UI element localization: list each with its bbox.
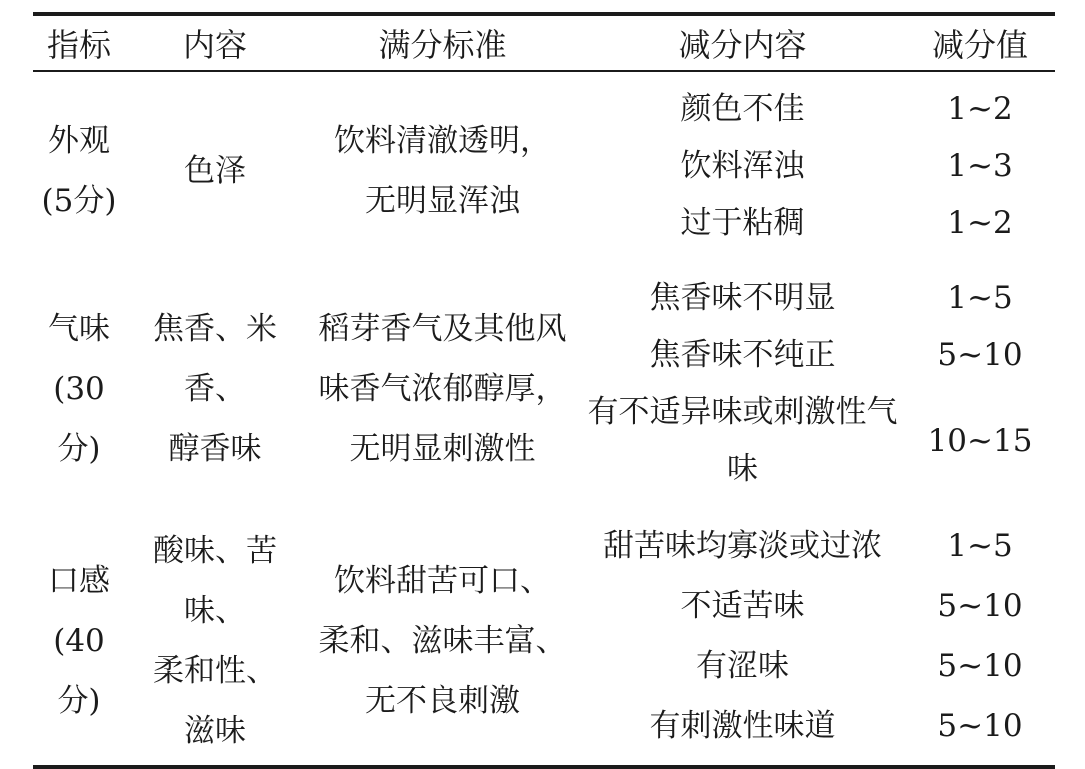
table-row: 气味 (30分) 焦香、米香、 醇香味 稻芽香气及其他风 味香气浓郁醇厚， 无明… (33, 261, 1055, 327)
deduction-item-cell: 饮料浑浊 (580, 138, 905, 195)
deduction-value-cell: 10~15 (905, 384, 1055, 507)
col-header-deduction-item: 减分内容 (580, 14, 905, 71)
content-cell: 焦香、米香、 醇香味 (125, 261, 305, 507)
standard-cell: 饮料清澈透明， 无明显浑浊 (305, 71, 580, 261)
standard-cell: 饮料甜苦可口、 柔和、滋味丰富、 无不良刺激 (305, 507, 580, 712)
deduction-value-cell: 1~5 (905, 507, 1055, 576)
col-header-deduction-value: 减分值 (905, 14, 1055, 71)
indicator-cell: 外观 (5分) (33, 71, 125, 261)
deduction-item-cell: 有涩味 (580, 636, 905, 696)
section-taste: 口感 (40分) 酸味、苦味、 柔和性、 滋味 饮料甜苦可口、 柔和、滋味丰富、… (33, 507, 1055, 712)
document-page: 指标 内容 满分标准 减分内容 减分值 外观 (5分) 色泽 饮料清澈透明， 无… (33, 12, 1055, 712)
deduction-item-cell: 有不适异味或刺激性气味 (580, 384, 905, 507)
deduction-value-cell: 5~10 (905, 696, 1055, 712)
deduction-value-cell: 5~10 (905, 636, 1055, 696)
section-appearance: 外观 (5分) 色泽 饮料清澈透明， 无明显浑浊 颜色不佳 1~2 饮料浑浊 1… (33, 71, 1055, 261)
standard-cell: 稻芽香气及其他风 味香气浓郁醇厚， 无明显刺激性 (305, 261, 580, 507)
col-header-content: 内容 (125, 14, 305, 71)
indicator-cell: 口感 (40分) (33, 507, 125, 712)
deduction-value-cell: 1~5 (905, 261, 1055, 327)
evaluation-table: 指标 内容 满分标准 减分内容 减分值 外观 (5分) 色泽 饮料清澈透明， 无… (33, 12, 1055, 712)
deduction-value-cell: 1~2 (905, 71, 1055, 138)
deduction-value-cell: 5~10 (905, 327, 1055, 384)
section-aroma: 气味 (30分) 焦香、米香、 醇香味 稻芽香气及其他风 味香气浓郁醇厚， 无明… (33, 261, 1055, 507)
deduction-item-cell: 焦香味不明显 (580, 261, 905, 327)
col-header-indicator: 指标 (33, 14, 125, 71)
deduction-item-cell: 焦香味不纯正 (580, 327, 905, 384)
deduction-value-cell: 5~10 (905, 576, 1055, 636)
deduction-item-cell: 不适苦味 (580, 576, 905, 636)
content-cell: 酸味、苦味、 柔和性、 滋味 (125, 507, 305, 712)
deduction-item-cell: 颜色不佳 (580, 71, 905, 138)
table-row: 口感 (40分) 酸味、苦味、 柔和性、 滋味 饮料甜苦可口、 柔和、滋味丰富、… (33, 507, 1055, 576)
table-row: 外观 (5分) 色泽 饮料清澈透明， 无明显浑浊 颜色不佳 1~2 (33, 71, 1055, 138)
indicator-cell: 气味 (30分) (33, 261, 125, 507)
table-header-row: 指标 内容 满分标准 减分内容 减分值 (33, 14, 1055, 71)
deduction-value-cell: 1~2 (905, 195, 1055, 261)
col-header-standard: 满分标准 (305, 14, 580, 71)
deduction-item-cell: 甜苦味均寡淡或过浓 (580, 507, 905, 576)
deduction-item-cell: 过于粘稠 (580, 195, 905, 261)
deduction-value-cell: 1~3 (905, 138, 1055, 195)
deduction-item-cell: 有刺激性味道 (580, 696, 905, 712)
content-cell: 色泽 (125, 71, 305, 261)
